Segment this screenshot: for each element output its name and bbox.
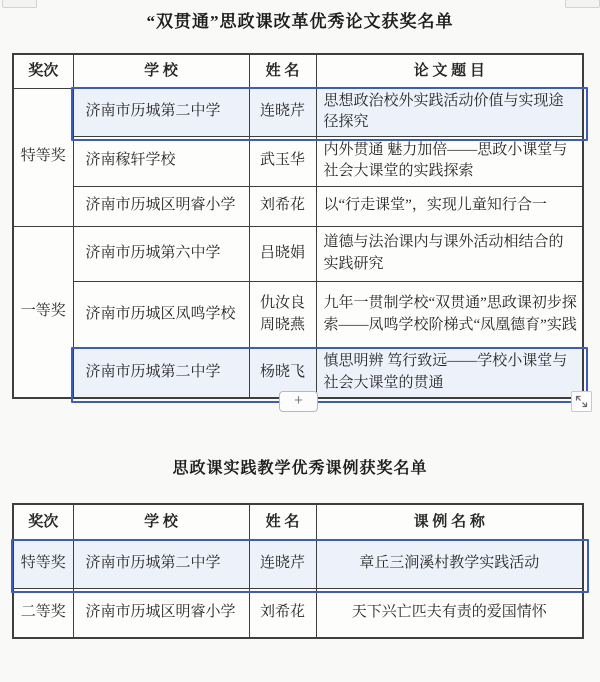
header-name: 姓 名: [249, 504, 316, 540]
name-cell: 武玉华: [249, 136, 316, 186]
paper-title-cell: 思想政治校外实践活动价值与实现途径探究: [316, 88, 583, 136]
paper-title-cell: 内外贯通 魅力加倍——思政小课堂与社会大课堂的实践探索: [316, 136, 583, 186]
table-header-row: 奖次 学 校 姓 名 课 例 名 称: [13, 504, 583, 540]
name-cell: 连晓芹: [249, 540, 316, 588]
paper-title-cell: 慎思明辨 笃行致远——学校小课堂与社会大课堂的贯通: [316, 348, 583, 398]
header-school: 学 校: [73, 54, 249, 88]
name-cell: 仇汝良 周晓燕: [249, 281, 316, 348]
resize-diagonal-icon: [574, 394, 589, 409]
table-row: 一等奖 济南市历城第六中学 吕晓娟 道德与法治课内与课外活动相结合的实践研究: [13, 226, 583, 281]
paper-list-title: “双贯通”思政课改革优秀论文获奖名单: [0, 7, 600, 32]
case-award-table-container: 奖次 学 校 姓 名 课 例 名 称 特等奖 济南市历城第二中学 连晓芹 章丘三…: [12, 503, 584, 639]
paper-title-cell: 以“行走课堂”，实现儿童知行合一: [316, 186, 583, 226]
table-header-row: 奖次 学 校 姓 名 论 文 题 目: [13, 54, 583, 88]
table-row: 济南市历城区明睿小学 刘希花 以“行走课堂”，实现儿童知行合一: [13, 186, 583, 226]
name-cell: 吕晓娟: [249, 226, 316, 281]
school-cell: 济南稼轩学校: [73, 136, 249, 186]
school-cell: 济南市历城第二中学: [73, 348, 249, 398]
table-row: 济南稼轩学校 武玉华 内外贯通 魅力加倍——思政小课堂与社会大课堂的实践探索: [13, 136, 583, 186]
award-cell: 二等奖: [13, 588, 73, 638]
award-group-first: 一等奖: [13, 226, 73, 398]
table-row: 特等奖 济南市历城第二中学 连晓芹 章丘三涧溪村教学实践活动: [13, 540, 583, 588]
paper-title-cell: 道德与法治课内与课外活动相结合的实践研究: [316, 226, 583, 281]
header-award: 奖次: [13, 504, 73, 540]
header-case-title: 课 例 名 称: [316, 504, 583, 540]
case-award-table: 奖次 学 校 姓 名 课 例 名 称 特等奖 济南市历城第二中学 连晓芹 章丘三…: [12, 503, 584, 639]
award-group-special: 特等奖: [13, 88, 73, 226]
header-award: 奖次: [13, 54, 73, 88]
school-cell: 济南市历城第二中学: [73, 88, 249, 136]
school-cell: 济南市历城第六中学: [73, 226, 249, 281]
school-cell: 济南市历城区明睿小学: [73, 186, 249, 226]
name-cell: 刘希花: [249, 186, 316, 226]
paper-award-table-container: 奖次 学 校 姓 名 论 文 题 目 特等奖 济南市历城第二中学 连晓芹 思想政…: [12, 53, 584, 399]
school-cell: 济南市历城区明睿小学: [73, 588, 249, 638]
table-row: 济南市历城区凤鸣学校 仇汝良 周晓燕 九年一贯制学校“双贯通”思政课初步探索——…: [13, 281, 583, 348]
case-list-title: 思政课实践教学优秀课例获奖名单: [0, 455, 600, 478]
award-cell: 特等奖: [13, 540, 73, 588]
resize-handle-button[interactable]: [571, 391, 592, 412]
header-paper-title: 论 文 题 目: [316, 54, 583, 88]
name-cell: 连晓芹: [249, 88, 316, 136]
table-row: 二等奖 济南市历城区明睿小学 刘希花 天下兴亡匹夫有责的爱国情怀: [13, 588, 583, 638]
add-row-button[interactable]: +: [279, 391, 318, 412]
header-school: 学 校: [73, 504, 249, 540]
case-title-cell: 天下兴亡匹夫有责的爱国情怀: [316, 588, 583, 638]
case-title-cell: 章丘三涧溪村教学实践活动: [316, 540, 583, 588]
paper-award-table: 奖次 学 校 姓 名 论 文 题 目 特等奖 济南市历城第二中学 连晓芹 思想政…: [12, 53, 584, 399]
paper-title-cell: 九年一贯制学校“双贯通”思政课初步探索——凤鸣学校阶梯式“凤凰德育”实践: [316, 281, 583, 348]
table-row: 特等奖 济南市历城第二中学 连晓芹 思想政治校外实践活动价值与实现途径探究: [13, 88, 583, 136]
school-cell: 济南市历城区凤鸣学校: [73, 281, 249, 348]
header-name: 姓 名: [249, 54, 316, 88]
name-cell: 刘希花: [249, 588, 316, 638]
school-cell: 济南市历城第二中学: [73, 540, 249, 588]
